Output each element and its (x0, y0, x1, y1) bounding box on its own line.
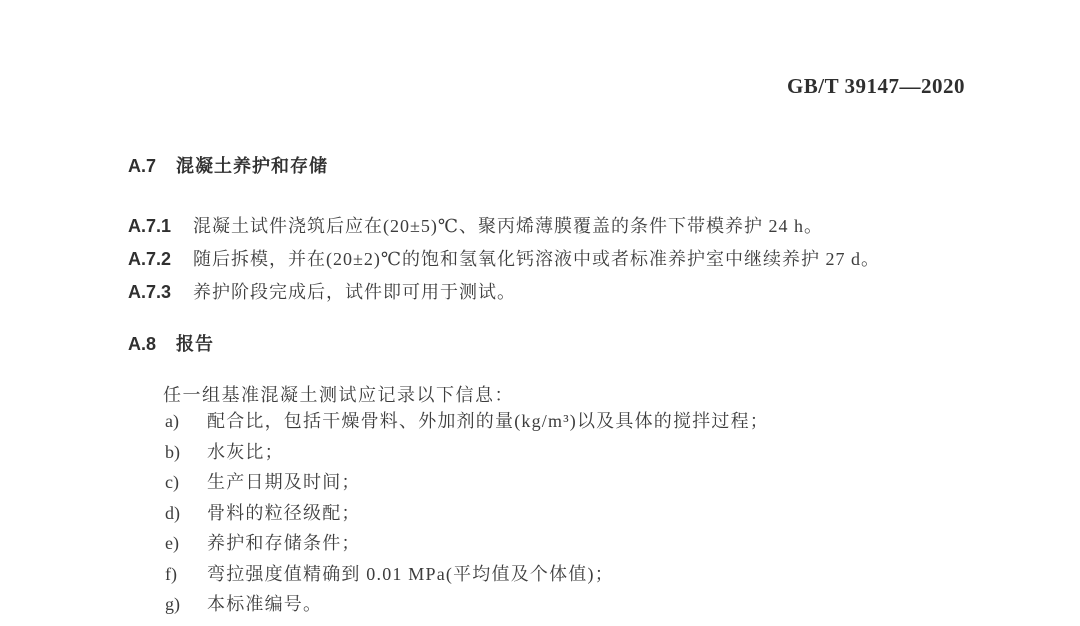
section-a7-number: A.7 (128, 156, 156, 176)
document-page: GB/T 39147—2020 A.7混凝土养护和存储 A.7.1混凝土试件浇筑… (0, 0, 1080, 626)
report-item-g-text: 本标准编号。 (207, 594, 322, 614)
clause-a71-number: A.7.1 (128, 216, 171, 236)
clause-a71-text: 混凝土试件浇筑后应在(20±5)℃、聚丙烯薄膜覆盖的条件下带模养护 24 h。 (193, 216, 823, 236)
clause-a73-number: A.7.3 (128, 282, 171, 302)
standard-number: GB/T 39147—2020 (787, 74, 965, 99)
report-item-f: f)弯拉强度值精确到 0.01 MPa(平均值及个体值)； (165, 559, 1020, 590)
report-item-d: d)骨料的粒径级配； (165, 498, 1020, 529)
report-item-f-text: 弯拉强度值精确到 0.01 MPa(平均值及个体值)； (207, 564, 614, 584)
report-item-a-text: 配合比，包括干燥骨料、外加剂的量(kg/m³)以及具体的搅拌过程； (207, 411, 769, 431)
clause-a72: A.7.2随后拆模，并在(20±2)℃的饱和氢氧化钙溶液中或者标准养护室中继续养… (128, 247, 1020, 271)
section-heading-a7: A.7混凝土养护和存储 (128, 152, 328, 178)
clause-a73: A.7.3养护阶段完成后，试件即可用于测试。 (128, 280, 1020, 304)
clause-a71: A.7.1混凝土试件浇筑后应在(20±5)℃、聚丙烯薄膜覆盖的条件下带模养护 2… (128, 214, 1020, 238)
report-intro-text: 任一组基准混凝土测试应记录以下信息： (163, 381, 514, 407)
report-item-b: b)水灰比； (165, 437, 1020, 468)
report-item-a-label: a) (165, 406, 207, 437)
report-item-c: c)生产日期及时间； (165, 467, 1020, 498)
report-item-a: a)配合比，包括干燥骨料、外加剂的量(kg/m³)以及具体的搅拌过程； (165, 406, 1020, 437)
report-item-d-text: 骨料的粒径级配； (207, 503, 361, 523)
report-item-f-label: f) (165, 559, 207, 590)
clause-a72-number: A.7.2 (128, 249, 171, 269)
report-item-e: e)养护和存储条件； (165, 528, 1020, 559)
section-a8-title: 报告 (176, 334, 214, 354)
section-heading-a8: A.8报告 (128, 330, 214, 356)
report-item-c-text: 生产日期及时间； (207, 472, 361, 492)
report-item-g: g)本标准编号。 (165, 589, 1020, 620)
report-item-e-text: 养护和存储条件； (207, 533, 361, 553)
clause-a73-text: 养护阶段完成后，试件即可用于测试。 (193, 282, 516, 302)
report-item-b-label: b) (165, 437, 207, 468)
report-item-d-label: d) (165, 498, 207, 529)
report-item-g-label: g) (165, 589, 207, 620)
report-item-c-label: c) (165, 467, 207, 498)
report-item-e-label: e) (165, 528, 207, 559)
section-a8-number: A.8 (128, 334, 156, 354)
report-item-list: a)配合比，包括干燥骨料、外加剂的量(kg/m³)以及具体的搅拌过程； b)水灰… (165, 406, 1020, 620)
section-a7-title: 混凝土养护和存储 (176, 156, 328, 176)
report-item-b-text: 水灰比； (207, 442, 284, 462)
clause-a72-text: 随后拆模，并在(20±2)℃的饱和氢氧化钙溶液中或者标准养护室中继续养护 27 … (193, 249, 880, 269)
